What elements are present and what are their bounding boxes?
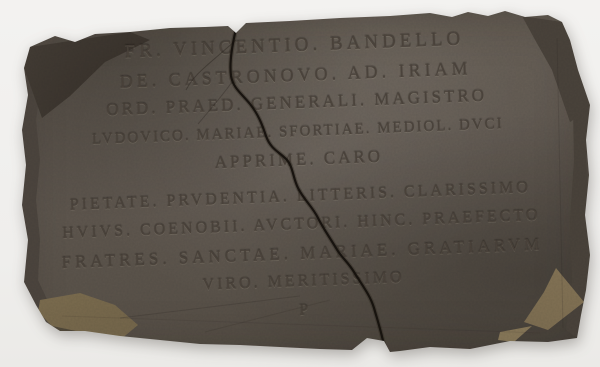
stone-tablet: FR. VINCENTIO. BANDELLO DE. CASTRONOVO. … (0, 0, 600, 367)
inscription-line: APPRIME. CARO (214, 143, 383, 178)
inscription-text: FR. VINCENTIO. BANDELLO DE. CASTRONOVO. … (34, 16, 566, 363)
tablet-shadow: FR. VINCENTIO. BANDELLO DE. CASTRONOVO. … (0, 0, 600, 367)
inscription-line: P (299, 296, 311, 325)
photo-backdrop: FR. VINCENTIO. BANDELLO DE. CASTRONOVO. … (0, 0, 600, 367)
